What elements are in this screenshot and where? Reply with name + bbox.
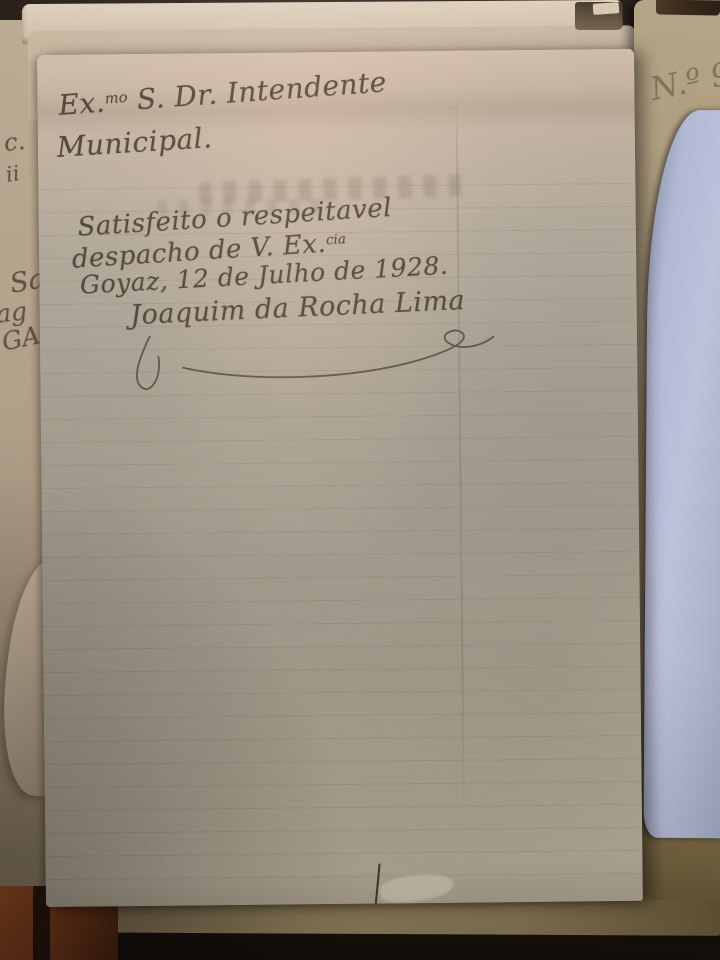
page-number-fragment: N.º 9 xyxy=(647,54,720,108)
paper-chip xyxy=(593,2,620,15)
torn-notch xyxy=(575,2,623,30)
binder-edge xyxy=(656,0,720,16)
handwriting-fragment: GA xyxy=(0,320,43,356)
salutation-superscript: mo xyxy=(104,89,128,108)
signature-flourish xyxy=(122,318,503,402)
white-sheet xyxy=(643,110,720,839)
manuscript-page: Ex.mo S. Dr. Intendente Municipal. Satis… xyxy=(37,49,643,907)
photo-of-archival-documents: c. ii Sa ag GA N.º 9 Ex.mo S. Dr. Intend… xyxy=(0,0,720,960)
handwriting-fragment: ii xyxy=(4,161,21,187)
handwriting-fragment: c. xyxy=(3,127,27,157)
body-line-2-superscript: cia xyxy=(325,231,346,248)
salutation-prefix: Ex. xyxy=(57,86,106,122)
